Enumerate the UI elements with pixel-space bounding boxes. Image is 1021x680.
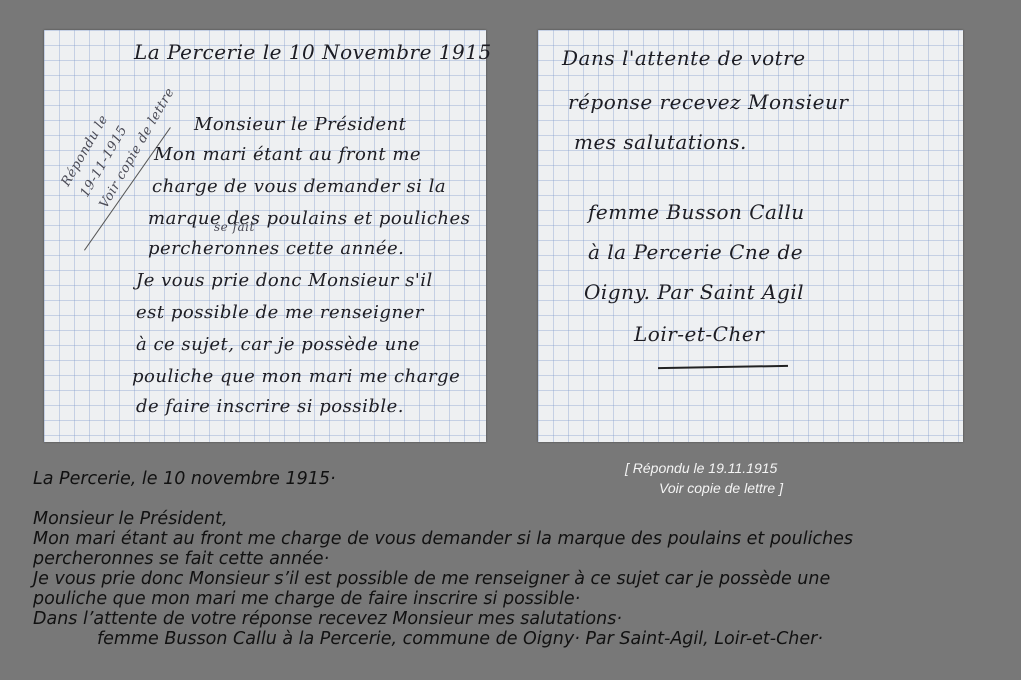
handwritten-address: à la Percerie Cne de xyxy=(588,240,803,264)
handwritten-line: Je vous prie donc Monsieur s'il xyxy=(136,270,433,291)
handwritten-line: réponse recevez Monsieur xyxy=(568,90,848,114)
transcript-line: Monsieur le Président, xyxy=(33,509,1018,529)
signature-underline xyxy=(658,365,788,369)
handwritten-line: Dans l'attente de votre xyxy=(562,46,806,70)
handwritten-date: La Percerie le 10 Novembre 1915 xyxy=(134,40,492,64)
transcript-date: La Percerie, le 10 novembre 1915· xyxy=(33,469,1018,489)
handwritten-line: de faire inscrire si possible. xyxy=(136,396,404,417)
handwritten-salutation: Monsieur le Président xyxy=(194,114,406,135)
handwritten-line: est possible de me renseigner xyxy=(136,302,424,323)
handwritten-line: pouliche que mon mari me charge xyxy=(132,366,460,387)
handwritten-address: Loir-et-Cher xyxy=(634,322,764,346)
transcript-signature: femme Busson Callu à la Percerie, commun… xyxy=(33,629,1018,649)
handwritten-address: Oigny. Par Saint Agil xyxy=(584,280,804,304)
handwritten-signature: femme Busson Callu xyxy=(588,200,805,224)
transcript-line: percheronnes se fait cette année· xyxy=(33,549,1018,569)
transcript-line: Dans l’attente de votre réponse recevez … xyxy=(33,609,1018,629)
handwritten-line: Mon mari étant au front me xyxy=(154,144,421,165)
handwritten-line: charge de vous demander si la xyxy=(152,176,446,197)
transcript-line: Mon mari étant au front me charge de vou… xyxy=(33,529,1018,549)
handwritten-line: mes salutations. xyxy=(574,130,747,154)
handwritten-line: à ce sujet, car je possède une xyxy=(136,334,420,355)
handwritten-line: percheronnes cette année. xyxy=(148,238,404,259)
transcript-line: Je vous prie donc Monsieur s’il est poss… xyxy=(33,569,1018,589)
handwritten-insertion: se fait xyxy=(214,220,255,234)
letter-transcript: La Percerie, le 10 novembre 1915· Monsie… xyxy=(33,469,1018,649)
letter-page-2-scan: Dans l'attente de votre réponse recevez … xyxy=(538,30,963,442)
transcript-line: pouliche que mon mari me charge de faire… xyxy=(33,589,1018,609)
handwritten-line: marque des poulains et pouliches xyxy=(148,208,470,229)
letter-page-1-scan: La Percerie le 10 Novembre 1915 Répondu … xyxy=(44,30,486,442)
